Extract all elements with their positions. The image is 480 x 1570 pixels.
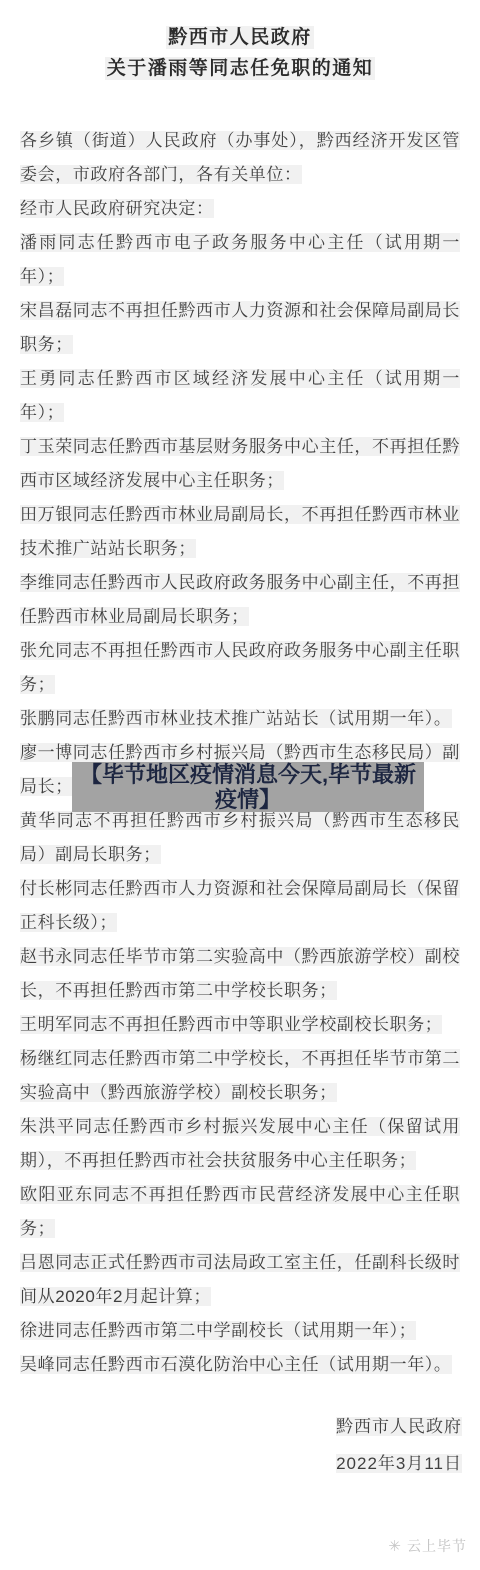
snowflake-icon: ✳ bbox=[388, 1539, 402, 1554]
notice-paragraph: 付长彬同志任黔西市人力资源和社会保障局副局长（保留正科长级）； bbox=[20, 872, 460, 940]
notice-paragraph: 丁玉荣同志任黔西市基层财务服务中心主任，不再担任黔西市区域经济发展中心主任职务； bbox=[20, 430, 460, 498]
notice-paragraph: 各乡镇（街道）人民政府（办事处），黔西经济开发区管委会，市政府各部门，各有关单位… bbox=[20, 124, 460, 192]
paragraph-text: 黄华同志不再担任黔西市乡村振兴局（黔西市生态移民局）副局长职务； bbox=[20, 811, 460, 864]
paragraph-text: 李维同志任黔西市人民政府政务服务中心副主任，不再担任黔西市林业局副局长职务； bbox=[20, 573, 460, 626]
signature-date-text: 2022年3月11日 bbox=[336, 1454, 462, 1473]
notice-page: 黔西市人民政府 关于潘雨等同志任免职的通知 各乡镇（街道）人民政府（办事处），黔… bbox=[0, 0, 480, 1570]
paragraph-text: 欧阳亚东同志不再担任黔西市民营经济发展中心主任职务； bbox=[20, 1185, 460, 1238]
signature-date: 2022年3月11日 bbox=[0, 1445, 462, 1482]
paragraph-text: 赵书永同志任毕节市第二实验高中（黔西旅游学校）副校长，不再担任黔西市第二中学校长… bbox=[20, 947, 460, 1000]
notice-paragraph: 黄华同志不再担任黔西市乡村振兴局（黔西市生态移民局）副局长职务； bbox=[20, 804, 460, 872]
paragraph-text: 吕恩同志正式任黔西市司法局政工室主任，任副科长级时间从2020年2月起计算； bbox=[20, 1253, 460, 1306]
notice-paragraph: 张允同志不再担任黔西市人民政府政务服务中心副主任职务； bbox=[20, 634, 460, 702]
paragraph-text: 徐进同志任黔西市第二中学副校长（试用期一年）； bbox=[20, 1321, 416, 1340]
yunshang-bijie-logo: ✳ 云上毕节 bbox=[388, 1536, 467, 1556]
paragraph-text: 吴峰同志任黔西市石漠化防治中心主任（试用期一年）。 bbox=[20, 1355, 452, 1374]
notice-paragraph: 潘雨同志任黔西市电子政务服务中心主任（试用期一年）； bbox=[20, 226, 460, 294]
paragraph-text: 各乡镇（街道）人民政府（办事处），黔西经济开发区管委会，市政府各部门，各有关单位… bbox=[20, 131, 460, 184]
notice-paragraph: 田万银同志任黔西市林业局副局长，不再担任黔西市林业技术推广站站长职务； bbox=[20, 498, 460, 566]
notice-title: 黔西市人民政府 关于潘雨等同志任免职的通知 bbox=[0, 0, 480, 84]
paragraph-text: 杨继红同志任黔西市第二中学校长，不再担任毕节市第二实验高中（黔西旅游学校）副校长… bbox=[20, 1049, 460, 1102]
paragraph-text: 经市人民政府研究决定： bbox=[20, 199, 214, 218]
signature-name-text: 黔西市人民政府 bbox=[336, 1417, 462, 1436]
notice-paragraph: 朱洪平同志任黔西市乡村振兴发展中心主任（保留试用期），不再担任黔西市社会扶贫服务… bbox=[20, 1110, 460, 1178]
paragraph-text: 王明军同志不再担任黔西市中等职业学校副校长职务； bbox=[20, 1015, 442, 1034]
notice-paragraph: 王勇同志任黔西市区域经济发展中心主任（试用期一年）； bbox=[20, 362, 460, 430]
notice-paragraph: 徐进同志任黔西市第二中学副校长（试用期一年）； bbox=[20, 1314, 460, 1348]
paragraph-text: 张允同志不再担任黔西市人民政府政务服务中心副主任职务； bbox=[20, 641, 460, 694]
paragraph-text: 王勇同志任黔西市区域经济发展中心主任（试用期一年）； bbox=[20, 369, 460, 422]
notice-body: 各乡镇（街道）人民政府（办事处），黔西经济开发区管委会，市政府各部门，各有关单位… bbox=[0, 124, 480, 1382]
notice-paragraph: 经市人民政府研究决定： bbox=[20, 192, 460, 226]
notice-paragraph: 张鹏同志任黔西市林业技术推广站站长（试用期一年）。 bbox=[20, 702, 460, 736]
paragraph-text: 朱洪平同志任黔西市乡村振兴发展中心主任（保留试用期），不再担任黔西市社会扶贫服务… bbox=[20, 1117, 460, 1170]
notice-paragraph: 杨继红同志任黔西市第二中学校长，不再担任毕节市第二实验高中（黔西旅游学校）副校长… bbox=[20, 1042, 460, 1110]
notice-paragraph: 赵书永同志任毕节市第二实验高中（黔西旅游学校）副校长，不再担任黔西市第二中学校长… bbox=[20, 940, 460, 1008]
notice-paragraph: 李维同志任黔西市人民政府政务服务中心副主任，不再担任黔西市林业局副局长职务； bbox=[20, 566, 460, 634]
paragraph-text: 付长彬同志任黔西市人力资源和社会保障局副局长（保留正科长级）； bbox=[20, 879, 460, 932]
signature-block: 黔西市人民政府 2022年3月11日 bbox=[0, 1408, 480, 1482]
paragraph-text: 张鹏同志任黔西市林业技术推广站站长（试用期一年）。 bbox=[20, 709, 452, 728]
notice-title-line1: 黔西市人民政府 bbox=[0, 22, 480, 53]
paragraph-text: 田万银同志任黔西市林业局副局长，不再担任黔西市林业技术推广站站长职务； bbox=[20, 505, 460, 558]
epidemic-watermark-overlay: 【毕节地区疫情消息今天,毕节最新疫情】 bbox=[72, 762, 424, 812]
notice-title-line2: 关于潘雨等同志任免职的通知 bbox=[0, 53, 480, 84]
yunshang-bijie-logo-label: 云上毕节 bbox=[407, 1536, 467, 1556]
notice-paragraph: 欧阳亚东同志不再担任黔西市民营经济发展中心主任职务； bbox=[20, 1178, 460, 1246]
paragraph-text: 潘雨同志任黔西市电子政务服务中心主任（试用期一年）； bbox=[20, 233, 460, 286]
paragraph-text: 丁玉荣同志任黔西市基层财务服务中心主任，不再担任黔西市区域经济发展中心主任职务； bbox=[20, 437, 460, 490]
signature-name: 黔西市人民政府 bbox=[0, 1408, 462, 1445]
notice-paragraph: 吕恩同志正式任黔西市司法局政工室主任，任副科长级时间从2020年2月起计算； bbox=[20, 1246, 460, 1314]
notice-paragraph: 王明军同志不再担任黔西市中等职业学校副校长职务； bbox=[20, 1008, 460, 1042]
notice-paragraph: 吴峰同志任黔西市石漠化防治中心主任（试用期一年）。 bbox=[20, 1348, 460, 1382]
notice-paragraph: 宋昌磊同志不再担任黔西市人力资源和社会保障局副局长职务； bbox=[20, 294, 460, 362]
notice-title-text2: 关于潘雨等同志任免职的通知 bbox=[105, 57, 376, 80]
paragraph-text: 宋昌磊同志不再担任黔西市人力资源和社会保障局副局长职务； bbox=[20, 301, 460, 354]
notice-title-text1: 黔西市人民政府 bbox=[166, 26, 314, 49]
